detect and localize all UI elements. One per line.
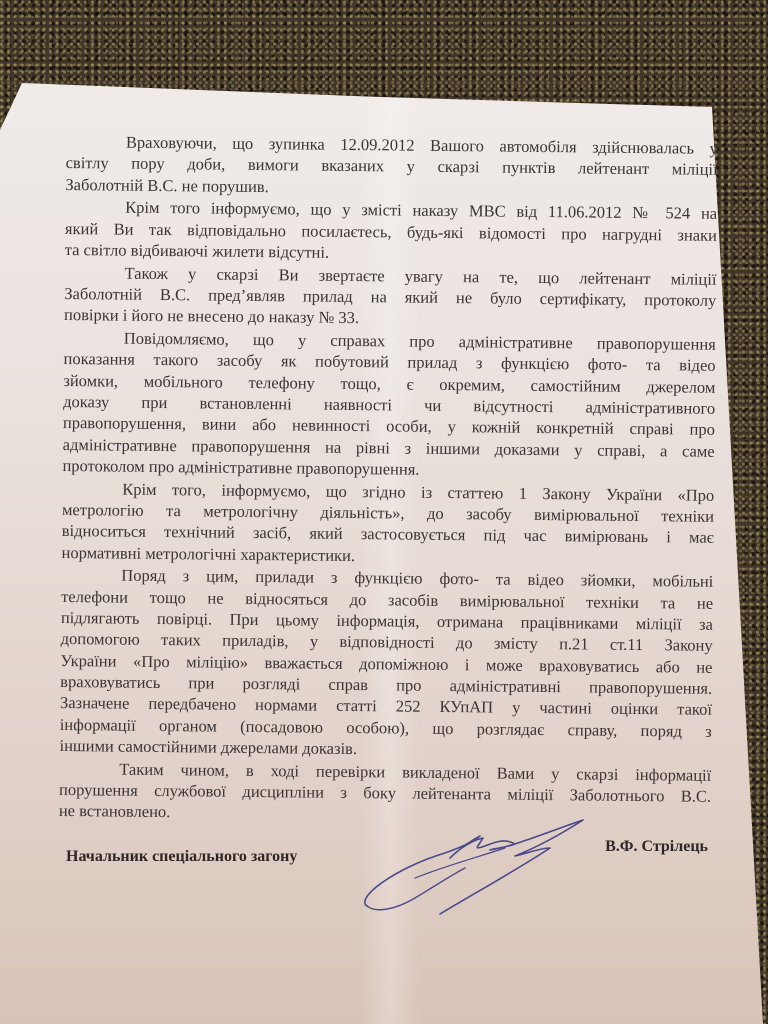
paragraph-1: Враховуючи, що зупинка 12.09.2012 Вашого… <box>65 131 718 202</box>
paragraph-2: Крім того інформуємо, що у змісті наказу… <box>65 196 718 267</box>
paragraph-6: Поряд з цим, прилади з функцією фото- та… <box>59 564 713 762</box>
signatory-title: Начальник спеціального загону <box>66 848 297 866</box>
handwritten-signature-icon <box>355 818 585 918</box>
paragraph-4: Повідомляємо, що у справах про адміністр… <box>62 327 716 483</box>
paragraph-5: Крім того, інформуємо, що згідно із стат… <box>61 478 714 570</box>
signatory-name: В.Ф. Стрілець <box>605 838 708 856</box>
paragraph-3: Також у скарзі Ви звертаєте увагу на те,… <box>64 262 717 333</box>
letter-body: Враховуючи, що зупинка 12.09.2012 Вашого… <box>59 131 718 830</box>
